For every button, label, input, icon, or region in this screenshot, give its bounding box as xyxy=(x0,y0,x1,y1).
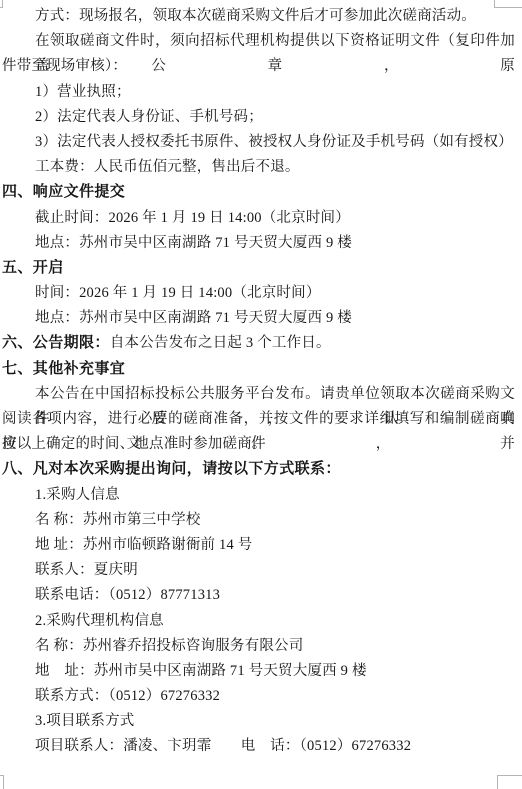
text-line: 本公告在中国招标投标公共服务平台发布。请贵单位领取本次磋商采购文件后，认真 xyxy=(2,382,515,407)
text-line: 地点：苏州市吴中区南湖路 71 号天贸大厦西 9 楼 xyxy=(2,231,515,256)
text-line: 方式：现场报名，领取本次磋商采购文件后才可参加此次磋商活动。 xyxy=(2,4,515,29)
text-run: 自本公告发布之日起 3 个工作日。 xyxy=(110,335,331,351)
text-line: 联系电话：（0512）87771313 xyxy=(2,583,515,608)
text-line: 地点：苏州市吴中区南湖路 71 号天贸大厦西 9 楼 xyxy=(2,306,515,331)
document-page: 方式：现场报名，领取本次磋商采购文件后才可参加此次磋商活动。在领取磋商文件时，须… xyxy=(0,0,522,789)
text-line: 联系方式：（0512）67276332 xyxy=(2,684,515,709)
margin-mark-bottom-right-h xyxy=(497,775,522,776)
text-line: 地 址：苏州市吴中区南湖路 71 号天贸大厦西 9 楼 xyxy=(2,659,515,684)
text-line: 时间：2026 年 1 月 19 日 14:00（北京时间） xyxy=(2,281,515,306)
text-line: 截止时间：2026 年 1 月 19 日 14:00（北京时间） xyxy=(2,206,515,231)
text-line: 名 称：苏州睿乔招投标咨询服务有限公司 xyxy=(2,634,515,659)
document-body: 方式：现场报名，领取本次磋商采购文件后才可参加此次磋商活动。在领取磋商文件时，须… xyxy=(2,4,515,760)
section-heading: 七、其他补充事宜 xyxy=(2,357,515,382)
section-heading: 八、凡对本次采购提出询问，请按以下方式联系： xyxy=(2,457,515,482)
text-line: 1）营业执照； xyxy=(2,80,515,105)
text-line: 2）法定代表人身份证、手机号码； xyxy=(2,105,515,130)
text-line: 3.项目联系方式 xyxy=(2,709,515,734)
margin-mark-bottom-left-v xyxy=(3,775,4,789)
text-line: 1.采购人信息 xyxy=(2,483,515,508)
text-line: 3）法定代表人授权委托书原件、被授权人身份证及手机号码（如有授权） xyxy=(2,130,515,155)
margin-mark-bottom-right-v xyxy=(497,775,498,789)
section-heading: 五、开启 xyxy=(2,256,515,281)
text-line: 地 址：苏州市临顿路谢衙前 14 号 xyxy=(2,533,515,558)
margin-mark-bottom-left-h xyxy=(0,775,4,776)
text-line: 工本费：人民币伍佰元整，售出后不退。 xyxy=(2,155,515,180)
text-line: 六、公告期限：自本公告发布之日起 3 个工作日。 xyxy=(2,331,515,356)
text-line: 项目联系人：潘凌、卞玥霏 电 话：（0512）67276332 xyxy=(2,734,515,759)
text-line: 在领取磋商文件时，须向招标代理机构提供以下资格证明文件（复印件加盖公章，原 xyxy=(2,29,515,54)
text-line: 阅读各项内容，进行必要的磋商准备，并按文件的要求详细填写和编制磋商响应文件，并 xyxy=(2,407,515,432)
text-line: 2.采购代理机构信息 xyxy=(2,609,515,634)
section-heading-label: 六、公告期限： xyxy=(2,335,110,351)
text-line: 联系人：夏庆明 xyxy=(2,558,515,583)
section-heading: 四、响应文件提交 xyxy=(2,180,515,205)
text-line: 名 称：苏州市第三中学校 xyxy=(2,508,515,533)
